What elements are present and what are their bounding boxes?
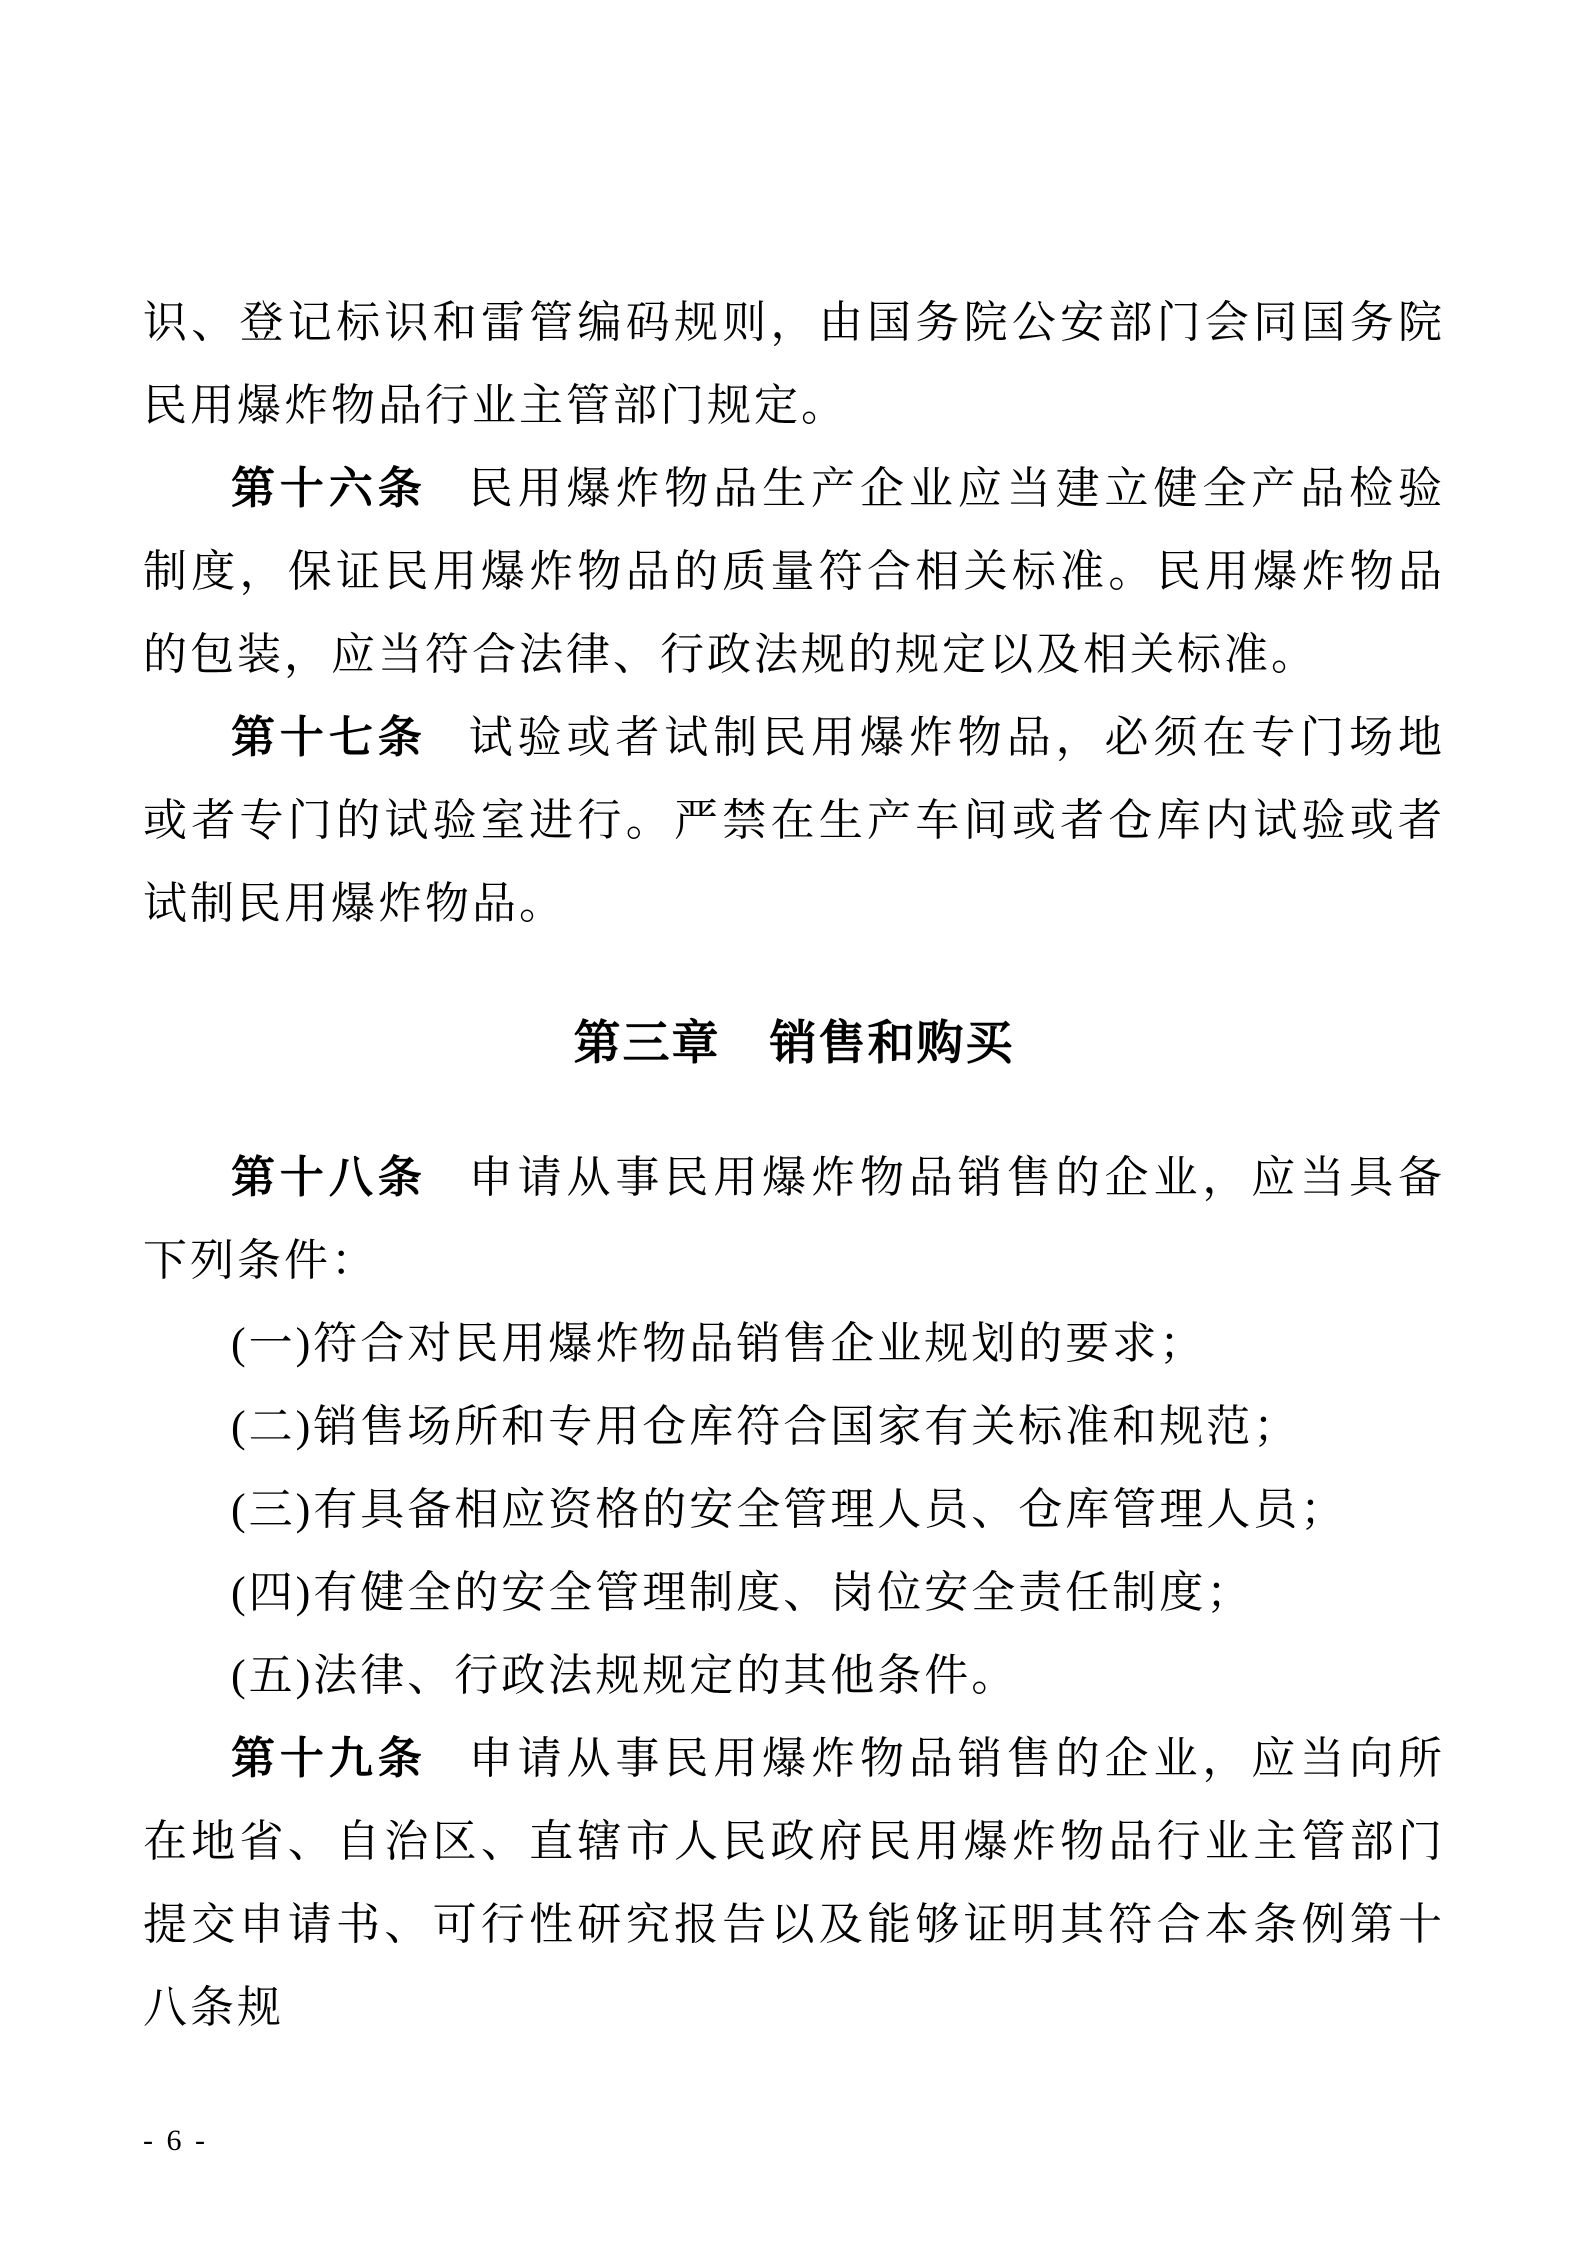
- condition-item-4: (四)有健全的安全管理制度、岗位安全责任制度；: [143, 1551, 1445, 1634]
- condition-item-3: (三)有具备相应资格的安全管理人员、仓库管理人员；: [143, 1468, 1445, 1551]
- article-18-number: 第十八条: [231, 1153, 427, 1202]
- article-17-number: 第十七条: [231, 713, 427, 762]
- chapter-3-heading: 第三章 销售和购买: [143, 1001, 1445, 1084]
- article-18-paragraph: 第十八条申请从事民用爆炸物品销售的企业，应当具备下列条件：: [143, 1136, 1445, 1302]
- article-16-number: 第十六条: [231, 464, 427, 513]
- article-19-paragraph: 第十九条申请从事民用爆炸物品销售的企业，应当向所在地省、自治区、直辖市人民政府民…: [143, 1717, 1445, 2049]
- condition-item-2: (二)销售场所和专用仓库符合国家有关标准和规范；: [143, 1385, 1445, 1468]
- article-17-paragraph: 第十七条试验或者试制民用爆炸物品，必须在专门场地或者专门的试验室进行。严禁在生产…: [143, 696, 1445, 945]
- paragraph-text: 识、登记标识和雷管编码规则，由国务院公安部门会同国务院民用爆炸物品行业主管部门规…: [143, 298, 1445, 430]
- paragraph-continuation: 识、登记标识和雷管编码规则，由国务院公安部门会同国务院民用爆炸物品行业主管部门规…: [143, 281, 1445, 447]
- condition-item-1: (一)符合对民用爆炸物品销售企业规划的要求；: [143, 1302, 1445, 1385]
- document-body: 识、登记标识和雷管编码规则，由国务院公安部门会同国务院民用爆炸物品行业主管部门规…: [143, 281, 1445, 2049]
- condition-item-5: (五)法律、行政法规规定的其他条件。: [143, 1634, 1445, 1717]
- article-19-number: 第十九条: [231, 1734, 427, 1783]
- page-number: - 6 -: [143, 2124, 208, 2158]
- article-16-paragraph: 第十六条民用爆炸物品生产企业应当建立健全产品检验制度，保证民用爆炸物品的质量符合…: [143, 447, 1445, 696]
